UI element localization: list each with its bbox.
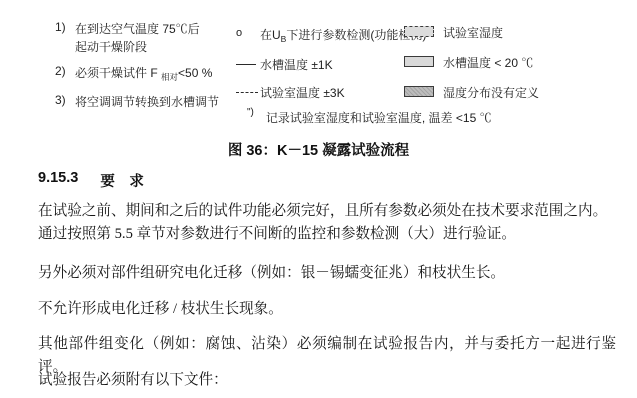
section-title: 要 求 — [100, 170, 144, 191]
section-heading: 9.15.3 要 求 — [38, 170, 144, 191]
paragraph-requirements: 在试验之前、期间和之后的试件功能必须完好，且所有参数必须处在技术要求范围之内。 … — [38, 200, 616, 246]
legend-footnote: ") 记录试验室湿度和试验室温度, 温差 <15 ℃ — [247, 109, 492, 126]
legend-row-water-bath: 水槽温度 ±1K — [236, 56, 333, 74]
label-pre: 在U — [260, 28, 281, 42]
footnote-text: 记录试验室湿度和试验室温度, 温差 <15 ℃ — [266, 109, 492, 126]
document-page: 1) 在到达空气温度 75℃后起动干燥阶段 2) 必须干燥试件 F 相对<50 … — [0, 0, 637, 398]
solid-line-icon — [236, 56, 260, 71]
circle-marker-icon: o — [236, 26, 260, 41]
item-number: 3) — [55, 93, 75, 107]
legend-row-humidity-undefined: 湿度分布没有定义 — [404, 84, 539, 102]
paragraph-migration-study: 另外必须对部件组研究电化迁移（例如：银－锡蠕变征兆）和枝状生长。 — [38, 262, 616, 285]
legend-row-parameter-check: o 在UB下进行参数检测(功能检测) — [236, 26, 426, 48]
legend-row-water-bath-temp: 水槽温度 < 20 ℃ — [404, 54, 533, 72]
legend-item-3: 3) 将空调调节转换到水槽调节 — [55, 93, 219, 111]
item-pre: 必须干燥试件 F — [75, 66, 161, 80]
item-post: <50 % — [178, 66, 212, 80]
row-label: 试验室温度 ±3K — [260, 84, 345, 102]
dashed-line-icon — [236, 84, 260, 99]
item-line2: 起动干燥阶段 — [75, 40, 147, 54]
item-number: 2) — [55, 64, 75, 78]
item-text: 必须干燥试件 F 相对<50 % — [75, 64, 212, 86]
section-number: 9.15.3 — [38, 170, 78, 191]
row-label: 湿度分布没有定义 — [443, 84, 539, 102]
item-line1: 在到达空气温度 75℃后 — [75, 22, 200, 36]
legend-row-chamber-temp: 试验室温度 ±3K — [236, 84, 345, 102]
row-label: 水槽温度 < 20 ℃ — [443, 54, 533, 72]
item-number: 1) — [55, 20, 75, 34]
subscript: 相对 — [161, 72, 178, 82]
circle-glyph: o — [236, 26, 242, 41]
item-text: 将空调调节转换到水槽调节 — [75, 93, 219, 111]
row-label: 在UB下进行参数检测(功能检测) — [260, 26, 426, 48]
row-label: 水槽温度 ±1K — [260, 56, 333, 74]
dashed-box-icon — [404, 26, 434, 37]
light-gray-box-icon — [404, 56, 434, 67]
legend-item-2: 2) 必须干燥试件 F 相对<50 % — [55, 64, 212, 86]
figure-caption: 图 36：K－15 凝露试验流程 — [0, 139, 637, 160]
legend-row-chamber-humidity: 试验室湿度 — [404, 24, 503, 42]
row-label: 试验室湿度 — [443, 24, 503, 42]
legend-item-1: 1) 在到达空气温度 75℃后起动干燥阶段 — [55, 20, 200, 56]
item-text: 在到达空气温度 75℃后起动干燥阶段 — [75, 20, 200, 56]
paragraph-no-dendrite: 不允许形成电化迁移 / 枝状生长现象。 — [38, 298, 616, 321]
dark-gray-box-icon — [404, 86, 434, 97]
paragraph-report-attachments: 试验报告必须附有以下文件： — [38, 369, 616, 392]
footnote-marker: ") — [247, 107, 254, 126]
